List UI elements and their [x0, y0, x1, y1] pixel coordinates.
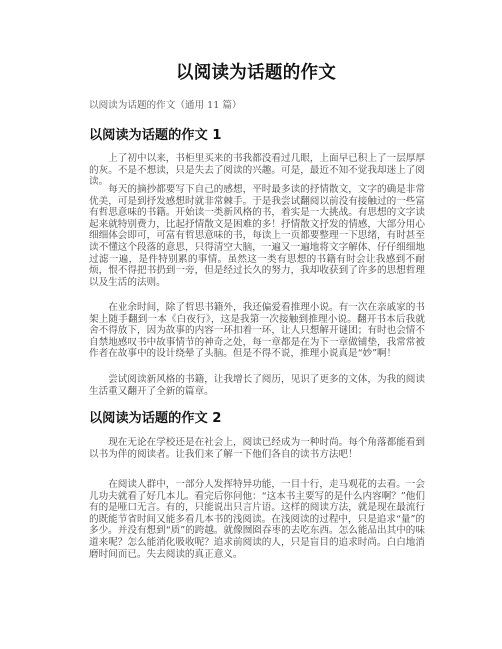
paragraph: 尝试阅读新风格的书籍，让我增长了阅历，见识了更多的文体，为我的阅读生活重又翻开了… — [89, 374, 425, 397]
paragraph: 在阅读人群中，一部分人发挥特异功能，一目十行，走马观花的去看。一会儿功夫就看了好… — [89, 479, 425, 560]
document-subtitle: 以阅读为话题的作文（通用 11 篇） — [89, 97, 242, 111]
paragraph: 每天的摘抄都要写下自己的感想，平时最多读的抒情散文，文字的确是非常优美，可是到抒… — [89, 184, 425, 288]
paragraph: 上了初中以来，书柜里买来的书我都没看过几眼，上面早已积上了一层厚厚的灰。不是不想… — [89, 153, 425, 188]
document-page: 以阅读为话题的作文 以阅读为话题的作文（通用 11 篇） 以阅读为话题的作文 1… — [0, 0, 502, 649]
section-heading-1: 以阅读为话题的作文 1 — [89, 124, 221, 143]
section-heading-2: 以阅读为话题的作文 2 — [89, 407, 221, 426]
document-title: 以阅读为话题的作文 — [0, 59, 502, 84]
paragraph: 现在无论在学校还是在社会上，阅读已经成为一种时尚。每个角落都能看到以书为伴的阅读… — [89, 437, 425, 460]
paragraph: 在业余时间，除了哲思书籍外，我还偏爱看推理小说。有一次在亲戚家的书架上随手翻到一… — [89, 302, 425, 360]
